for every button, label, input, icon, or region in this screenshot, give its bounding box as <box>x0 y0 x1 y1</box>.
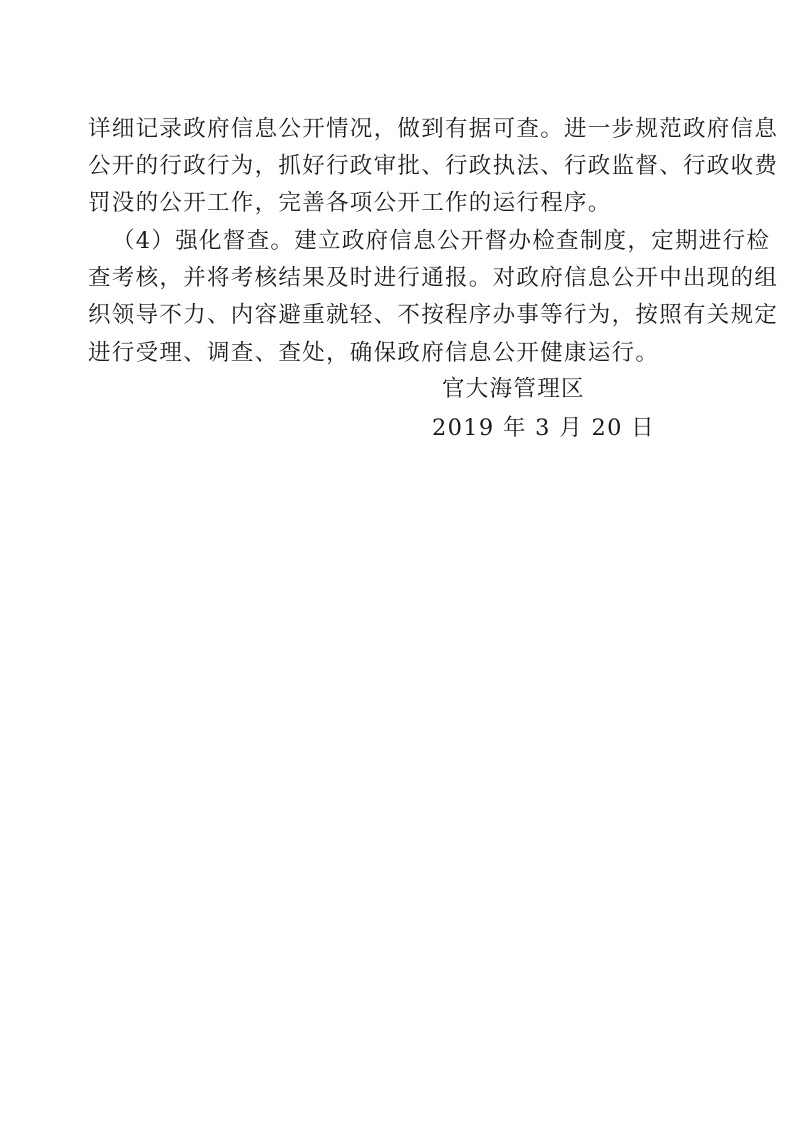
paragraph-line: 公开的行政行为，抓好行政审批、行政执法、行政监督、行政收费 <box>88 151 728 181</box>
document-page: 详细记录政府信息公开情况，做到有据可查。进一步规范政府信息 公开的行政行为，抓好… <box>0 0 800 1130</box>
signature-date: 2019 年 3 月 20 日 <box>432 413 655 443</box>
paragraph-4-line: 查考核，并将考核结果及时进行通报。对政府信息公开中出现的组 <box>88 263 728 293</box>
paragraph-line: 罚没的公开工作，完善各项公开工作的运行程序。 <box>88 188 728 218</box>
paragraph-line: 详细记录政府信息公开情况，做到有据可查。进一步规范政府信息 <box>88 114 728 144</box>
paragraph-4-line: 织领导不力、内容避重就轻、不按程序办事等行为，按照有关规定 <box>88 300 728 330</box>
signature-organization: 官大海管理区 <box>442 374 585 404</box>
paragraph-4-line: 进行受理、调查、查处，确保政府信息公开健康运行。 <box>88 338 728 368</box>
paragraph-4-line: （4）强化督查。建立政府信息公开督办检查制度，定期进行检 <box>112 226 752 256</box>
